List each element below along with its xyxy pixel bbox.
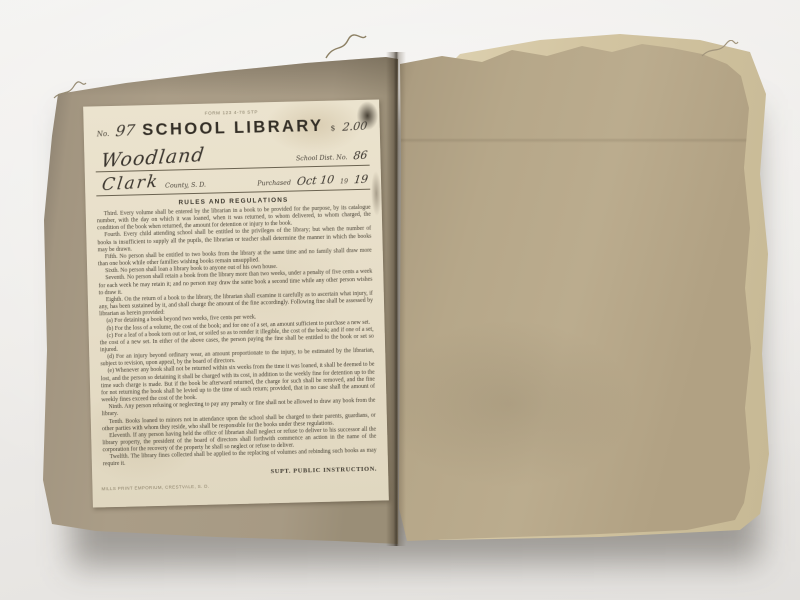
blank-flyleaf-page [397,38,769,546]
county-line: Clark County, S. D. Purchased Oct 10 19 … [96,168,370,197]
year-prefix: 19 [340,178,348,185]
handwritten-price: 2.00 [341,119,367,133]
handwritten-district-name: Woodland [100,144,206,172]
printer-imprint: MILLS PRINT EMPORIUM, CRESTVALE, S. D. [101,484,209,492]
handwritten-year: 19 [353,172,369,186]
handwritten-district-number: 86 [353,148,369,162]
frayed-thread-top-left [52,80,88,102]
book-spine-gutter [386,52,406,546]
purchased-caption: Purchased [257,180,291,188]
price-sign: $ [330,124,335,133]
frayed-thread-top-center [322,32,368,62]
label-title: SCHOOL LIBRARY [142,117,324,140]
label-content: FORM 123 4-78 STP No. 97 SCHOOL LIBRARY … [83,99,389,507]
handwritten-accession-number: 97 [115,121,136,140]
frayed-thread-top-right [700,40,740,60]
rules-text-block: Third. Every volume shall be entered by … [97,205,377,469]
library-label: FORM 123 4-78 STP No. 97 SCHOOL LIBRARY … [83,99,389,507]
handwritten-purchase-date: Oct 10 [296,173,335,188]
handwritten-county-name: Clark [101,172,161,195]
district-caption: School Dist. No. [296,154,348,162]
county-caption: County, S. D. [165,182,206,190]
line-spacer [211,161,290,163]
number-caption: No. [97,130,110,138]
line-spacer [212,186,251,187]
book-photo: FORM 123 4-78 STP No. 97 SCHOOL LIBRARY … [0,0,800,600]
